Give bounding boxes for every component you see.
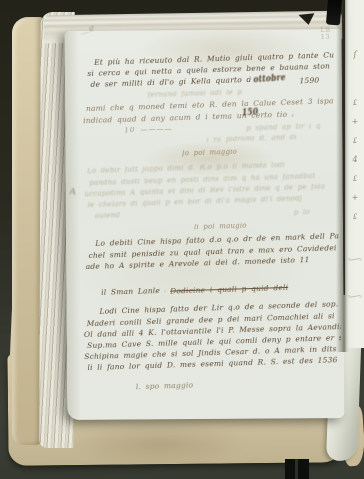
faint-line: p lo: [294, 208, 334, 217]
entry-heading: li pol maugio: [194, 223, 247, 232]
overwritten-number: 150: [242, 107, 259, 118]
entry-line: de ser militi di dl'o gi Kella quarto d.…: [90, 76, 250, 89]
faint-line: fernand famosi adi le p: [148, 88, 278, 100]
manuscript-page: ﹏e LB 13 Et più ha riceuuto dal R. Mutio…: [65, 29, 345, 420]
margin-symbol: +: [349, 117, 361, 126]
entry-line: nami che q moned temi eto R. den la Calu…: [86, 97, 338, 113]
cradle-slot: [285, 459, 309, 479]
margin-symbol: ₤: [349, 136, 361, 145]
margin-squiggle: ʃ: [347, 289, 364, 304]
entry-line: indicad quad d any acum d i tema un cert…: [83, 111, 293, 126]
faint-line: p spand ap tir i q: [246, 122, 336, 133]
year-1590: 1590: [299, 77, 319, 86]
margin-squiggle: ʃ: [347, 252, 364, 267]
margin-number: 10 ————: [124, 126, 172, 135]
margin-symbol: ₤: [349, 98, 361, 107]
struck-through-entry: Dodicine i quali p quid deli: [170, 283, 314, 296]
entry-heading: Jo pol maggio: [182, 149, 237, 158]
signature-line: l. spo maggio: [136, 381, 194, 391]
entry-fragment: il Sman Lanle e q: [101, 287, 165, 297]
margin-symbol: ſ: [349, 50, 361, 59]
handwriting-layer: ﹏e LB 13 Et più ha riceuuto dal R. Mutio…: [63, 28, 347, 422]
margin-symbol: 4: [349, 155, 361, 164]
margin-flourish: A: [69, 188, 76, 198]
overwritten-word: ottobre: [253, 73, 286, 85]
corner-smudge: ﹏e: [79, 24, 96, 37]
manuscript-photo: ſ ₤ + ₤ 4 ₤ + ₤ ʃ ʃ ﹏e LB 13 Et più ha r…: [0, 0, 364, 479]
faint-line: aulend: [95, 210, 175, 220]
margin-symbol: ₤: [349, 174, 361, 183]
page-edge-notch: [298, 13, 315, 26]
margin-symbol: +: [349, 193, 361, 202]
faint-line: i ra pidromi R. and di: [206, 133, 326, 144]
bookmark-tab: [326, 0, 342, 26]
left-page-stack-tan-edge: [12, 17, 42, 445]
gutter-shadow: [336, 0, 349, 352]
margin-symbol: ₤: [349, 212, 361, 221]
cradle-slot-line: [295, 459, 298, 479]
